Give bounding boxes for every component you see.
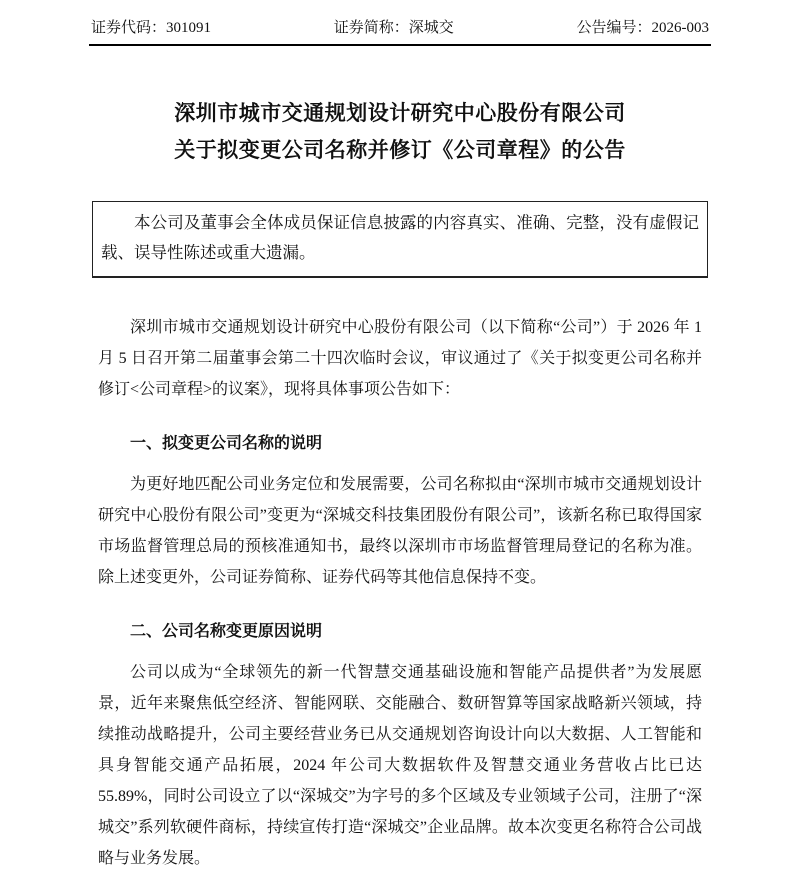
stock-code-label: 证券代码： [91,20,166,36]
document-title-line2: 关于拟变更公司名称并修订《公司章程》的公告 [98,132,702,169]
stock-name-value: 深城交 [409,20,454,36]
stock-name-label: 证券简称： [334,20,409,36]
document-title: 深圳市城市交通规划设计研究中心股份有限公司 关于拟变更公司名称并修订《公司章程》… [98,95,702,169]
announcement-number-label: 公告编号： [576,20,651,36]
intro-paragraph: 深圳市城市交通规划设计研究中心股份有限公司（以下简称“公司”）于 2026 年 … [98,312,702,405]
section-1-heading: 一、拟变更公司名称的说明 [98,428,702,459]
announcement-page: 证券代码：301091 证券简称：深城交 公告编号：2026-003 深圳市城市… [0,0,800,896]
stock-name: 证券简称：深城交 [334,16,454,37]
document-title-line1: 深圳市城市交通规划设计研究中心股份有限公司 [98,95,702,132]
stock-code-value: 301091 [166,20,211,36]
section-2-heading: 二、公司名称变更原因说明 [98,616,702,647]
page-content: 证券代码：301091 证券简称：深城交 公告编号：2026-003 深圳市城市… [98,0,702,874]
section-1-paragraph: 为更好地匹配公司业务定位和发展需要，公司名称拟由“深圳市城市交通规划设计研究中心… [98,469,702,593]
stock-code: 证券代码：301091 [91,16,211,37]
disclaimer-box: 本公司及董事会全体成员保证信息披露的内容真实、准确、完整，没有虚假记载、误导性陈… [92,201,708,278]
disclaimer-text: 本公司及董事会全体成员保证信息披露的内容真实、准确、完整，没有虚假记载、误导性陈… [101,208,699,268]
announcement-number: 公告编号：2026-003 [576,16,709,37]
section-2-paragraph: 公司以成为“全球领先的新一代智慧交通基础设施和智能产品提供者”为发展愿景，近年来… [98,657,702,874]
document-body: 深圳市城市交通规划设计研究中心股份有限公司（以下简称“公司”）于 2026 年 … [98,312,702,874]
securities-header-row: 证券代码：301091 证券简称：深城交 公告编号：2026-003 [89,16,711,46]
announcement-number-value: 2026-003 [652,20,710,36]
